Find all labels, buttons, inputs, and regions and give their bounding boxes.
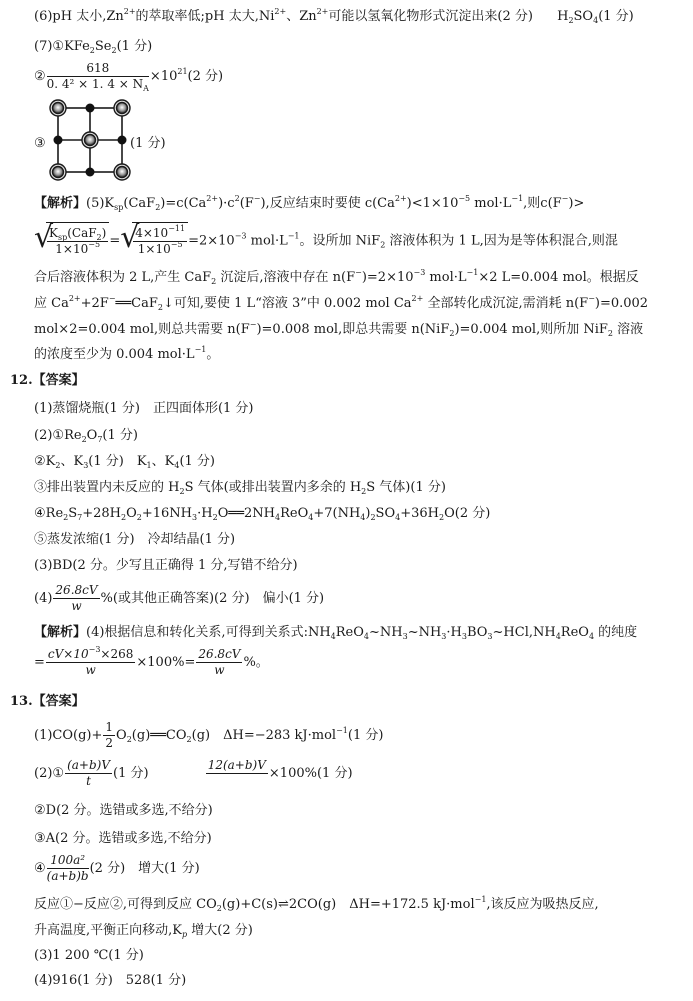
sup: 2+ — [69, 294, 81, 303]
answer-7-3-label: ③ — [34, 136, 46, 152]
sup: −1 — [467, 268, 479, 277]
text: +36H — [400, 506, 439, 521]
q12-answer-2-4-equation: ④Re2S7+28H2O2+16NH3·H2O══2NH4ReO4+7(NH4)… — [34, 506, 490, 522]
sqrt-1: √Ksp(CaF2)1×10−5 — [34, 222, 109, 260]
text: (1 分) — [348, 728, 384, 743]
sub: sp — [114, 203, 123, 212]
text: ×268 — [100, 647, 133, 661]
text: ②K — [34, 454, 55, 469]
sup: −1 — [511, 194, 523, 203]
text: ·H — [197, 506, 212, 521]
q12-answer-2-5: ⑤蒸发浓缩(1 分) 冷却结晶(1 分) — [34, 532, 235, 548]
sup: − — [355, 268, 362, 277]
sup: 2+ — [274, 7, 286, 16]
sup: −3 — [89, 645, 101, 654]
analysis-5-line-2: √Ksp(CaF2)1×10−5=√4×10−111×10−5=2×10−3 m… — [34, 222, 618, 260]
q13-answer-2-4: ④100a²(a+b)b(2 分) 增大(1 分) — [34, 852, 200, 886]
text: (6)pH 太小,Zn — [34, 9, 124, 24]
circle-number: ③ — [34, 136, 46, 151]
sup: −1 — [288, 232, 300, 241]
text: (1 分) — [113, 766, 149, 781]
text: (CaF — [123, 196, 155, 211]
fraction: 12 — [103, 720, 115, 751]
text: 全部转化成沉淀,需消耗 n(F — [423, 296, 588, 311]
text: )=0.004 mol,则所加 NiF — [454, 322, 607, 337]
text: H — [557, 9, 568, 24]
text: mol·L — [247, 234, 288, 249]
text: 的浓度至少为 0.004 mol·L — [34, 347, 195, 362]
answer-7-3-score: (1 分) — [130, 136, 166, 152]
text: ×2 L=0.004 mol。根据反 — [478, 270, 638, 285]
text: ReO — [336, 625, 364, 640]
text: 沉淀后,溶液中存在 n(F — [216, 270, 355, 285]
numerator: (a+b)V — [65, 758, 112, 774]
fraction: 6180. 4² × 1. 4 × NA — [47, 61, 149, 92]
text: (g) ΔH=−283 kJ·mol — [192, 728, 336, 743]
text: ×10 — [150, 69, 177, 84]
text: ,则c(F — [523, 196, 562, 211]
q12-answer-2-1: (2)①Re2O7(1 分) — [34, 428, 138, 444]
q13-answer-2-1: (2)①(a+b)Vt(1 分) 12(a+b)V ×100%(1 分) — [34, 757, 353, 791]
text: (1 分) K — [88, 454, 146, 469]
text: +16NH — [142, 506, 192, 521]
text: ·H — [446, 625, 461, 640]
answer-6: (6)pH 太小,Zn2+的萃取率低;pH 太大,Ni2+、Zn2+可能以氢氧化… — [34, 9, 634, 25]
text: )=0.002 — [595, 296, 648, 311]
analysis-label: 【解析】 — [34, 196, 86, 211]
analysis-5-line-4: 应 Ca2++2F−══CaF2↓可知,要使 1 L“溶液 3”中 0.002 … — [34, 296, 648, 312]
question-13-header: 13.【答案】 — [10, 694, 85, 710]
text: 溶液 — [613, 322, 643, 337]
sup: 21 — [177, 67, 187, 76]
sup: 2+ — [412, 294, 424, 303]
text: 反应①−反应②,可得到反应 CO — [34, 897, 217, 912]
sup: 2+ — [395, 194, 407, 203]
text: (1 分) — [179, 454, 215, 469]
q12-answer-1: (1)蒸馏烧瓶(1 分) 正四面体形(1 分) — [34, 401, 254, 417]
text: (F — [240, 196, 254, 211]
text: ~NH — [408, 625, 442, 640]
question-12-header: 12.【答案】 — [10, 373, 85, 389]
text: =2×10 — [188, 234, 235, 249]
text: O — [126, 506, 137, 521]
text: %。 — [243, 655, 268, 670]
text: ④ — [34, 861, 46, 876]
numerator: 1 — [103, 720, 115, 736]
text: (4)根据信息和转化关系,可得到关系式:NH — [86, 625, 331, 640]
fraction: 26.8cVw — [53, 583, 99, 614]
numerator: 12(a+b)V — [206, 758, 268, 774]
q12-answer-2-2: ②K2、K3(1 分) K1、K4(1 分) — [34, 454, 215, 470]
text: ReO — [561, 625, 589, 640]
denominator: 1×10−5 — [133, 242, 187, 257]
circle-number: ② — [34, 69, 46, 84]
sup: 2+ — [124, 7, 136, 16]
text: ~NH — [369, 625, 403, 640]
sup: − — [588, 294, 595, 303]
text: S 气体(或排出装置内多余的 H — [185, 480, 362, 495]
denominator: w — [53, 599, 99, 614]
text: (1 分) — [102, 428, 138, 443]
text: (1 分) — [598, 9, 634, 24]
q12-answer-4: (4)26.8cVw%(或其他正确答案)(2 分) 偏小(1 分) — [34, 582, 324, 616]
q13-answer-1: (1)CO(g)+12O2(g)══CO2(g) ΔH=−283 kJ·mol−… — [34, 719, 383, 753]
text: 升高温度,平衡正向移动,K — [34, 923, 182, 938]
text: (2 分) — [188, 69, 224, 84]
text: 。设所加 NiF — [300, 234, 381, 249]
numerator: cV×10−3×268 — [46, 647, 135, 663]
denominator: (a+b)b — [47, 869, 89, 884]
analysis-5-line-5: mol×2=0.004 mol,则总共需要 n(F−)=0.008 mol,即总… — [34, 322, 643, 338]
text: +7(NH — [313, 506, 360, 521]
text: %(或其他正确答案)(2 分) 偏小(1 分) — [101, 591, 325, 606]
numerator: 618 — [47, 61, 149, 77]
fraction: Ksp(CaF2)1×10−5 — [47, 226, 108, 257]
sup: −5 — [458, 194, 470, 203]
q12-answer-2-3: ③排出装置内未反应的 H2S 气体(或排出装置内多余的 H2S 气体)(1 分) — [34, 480, 446, 496]
text: 的纯度 — [594, 625, 637, 640]
text: ×100%= — [136, 655, 195, 670]
analysis-5-line-3: 合后溶液体积为 2 L,产生 CaF2 沉淀后,溶液中存在 n(F−)=2×10… — [34, 270, 639, 286]
q13-reasoning-line-2: 升高温度,平衡正向移动,Kp 增大(2 分) — [34, 923, 253, 939]
text: 可能以氢氧化物形式沉淀出来(2 分) — [328, 9, 533, 24]
text: ③排出装置内未反应的 H — [34, 480, 179, 495]
sqrt-2: √4×10−111×10−5 — [120, 222, 188, 260]
q13-answer-4: (4)916(1 分) 528(1 分) — [34, 973, 186, 989]
text: 0. 4² × 1. 4 × N — [47, 77, 143, 91]
text: = — [34, 655, 45, 670]
text: (1 分) — [130, 136, 166, 151]
text: 、K — [152, 454, 175, 469]
text: ══CaF — [116, 296, 158, 311]
text: O(2 分) — [444, 506, 490, 521]
q12-analysis-line-1: 【解析】(4)根据信息和转化关系,可得到关系式:NH4ReO4~NH3~NH3·… — [34, 625, 637, 641]
sup: −5 — [88, 240, 100, 249]
text: 。 — [206, 347, 219, 362]
text: 合后溶液体积为 2 L,产生 CaF — [34, 270, 211, 285]
text: )=c(Ca — [160, 196, 206, 211]
fraction: 100a²(a+b)b — [47, 853, 89, 884]
text: mol·L — [425, 270, 466, 285]
q13-answer-2-2: ②D(2 分。选错或多选,不给分) — [34, 803, 213, 819]
text: (CaF — [67, 226, 96, 240]
text: ReO — [280, 506, 308, 521]
text: (g)+C(s)⇌2CO(g) ΔH=+172.5 kJ·mol — [222, 897, 475, 912]
sup: −1 — [195, 345, 207, 354]
text: (2)① — [34, 766, 64, 781]
text: ×100%(1 分) — [269, 766, 353, 781]
text: )<1×10 — [407, 196, 459, 211]
fraction: 12(a+b)V — [206, 758, 268, 789]
q13-answer-2-1b: 12(a+b)V ×100%(1 分) — [205, 766, 353, 781]
text: 应 Ca — [34, 296, 69, 311]
sup: 2+ — [317, 7, 329, 16]
text: +28H — [82, 506, 121, 521]
denominator: 2 — [103, 736, 115, 751]
text: (2 分) 增大(1 分) — [90, 861, 200, 876]
sub: A — [143, 84, 149, 93]
text: )=2×10 — [362, 270, 414, 285]
text: 增大(2 分) — [187, 923, 253, 938]
radical-icon: √ — [34, 220, 53, 256]
text: )·c — [218, 196, 235, 211]
text: S 气体)(1 分) — [366, 480, 446, 495]
numerator: 26.8cV — [196, 647, 242, 663]
text: 1×10 — [55, 242, 88, 256]
text: SO — [574, 9, 594, 24]
sup: −11 — [168, 224, 185, 233]
fraction: (a+b)Vt — [65, 758, 112, 789]
sqrt-body: 4×10−111×10−5 — [132, 222, 188, 260]
denominator: 1×10−5 — [47, 242, 108, 257]
text: )> — [568, 196, 584, 211]
text: (5)K — [86, 196, 114, 211]
text: ④Re — [34, 506, 63, 521]
text: 溶液体积为 1 L,因为是等体积混合,则混 — [385, 234, 618, 249]
analysis-label: 【解析】 — [34, 625, 86, 640]
text: +2F — [81, 296, 109, 311]
numerator: 26.8cV — [53, 583, 99, 599]
text: (1)CO(g)+ — [34, 728, 102, 743]
text: O══2NH — [218, 506, 275, 521]
q13-reasoning-line-1: 反应①−反应②,可得到反应 CO2(g)+C(s)⇌2CO(g) ΔH=+172… — [34, 897, 599, 913]
sup: −1 — [475, 895, 487, 904]
text: mol·L — [470, 196, 511, 211]
radical-icon: √ — [120, 220, 139, 256]
fraction: 26.8cVw — [196, 647, 242, 678]
text: (4) — [34, 591, 52, 606]
text: (2)①Re — [34, 428, 82, 443]
text: 1×10 — [138, 242, 171, 256]
answer-7-2: ②6180. 4² × 1. 4 × NA×1021(2 分) — [34, 60, 223, 94]
fraction: 4×10−111×10−5 — [133, 226, 187, 257]
q13-answer-2-3: ③A(2 分。选错或多选,不给分) — [34, 831, 212, 847]
denominator: 0. 4² × 1. 4 × NA — [47, 77, 149, 92]
text: SO — [376, 506, 396, 521]
text: 、K — [60, 454, 83, 469]
sup: −1 — [336, 726, 348, 735]
q12-answer-3: (3)BD(2 分。少写且正确得 1 分,写错不给分) — [34, 558, 298, 574]
q12-analysis-line-2: =cV×10−3×268w×100%=26.8cVw%。 — [34, 646, 269, 680]
denominator: t — [65, 774, 112, 789]
sup: −3 — [235, 232, 247, 241]
q13-answer-3: (3)1 200 ℃(1 分) — [34, 948, 144, 964]
text: 、Zn — [286, 9, 316, 24]
text: ,该反应为吸热反应, — [486, 897, 598, 912]
text: O — [87, 428, 98, 443]
text: 的萃取率低;pH 太大,Ni — [136, 9, 275, 24]
text: (g)══CO — [132, 728, 187, 743]
text: 4×10 — [135, 226, 168, 240]
sup: −5 — [171, 240, 183, 249]
sup: − — [109, 294, 116, 303]
sqrt-body: Ksp(CaF2)1×10−5 — [46, 222, 109, 260]
fraction: cV×10−3×268w — [46, 647, 135, 678]
acid-answer: H2SO4(1 分) — [557, 9, 634, 24]
text: cV×10 — [48, 647, 89, 661]
numerator: 100a² — [47, 853, 89, 869]
sup: 2+ — [206, 194, 218, 203]
text: ↓可知,要使 1 L“溶液 3”中 0.002 mol Ca — [163, 296, 412, 311]
denominator: w — [46, 663, 135, 678]
crystal-lattice-icon — [48, 98, 138, 188]
text: S — [68, 506, 77, 521]
sup: −3 — [414, 268, 426, 277]
sub: sp — [58, 233, 67, 242]
text: (7)①KFe — [34, 39, 90, 54]
denominator: w — [196, 663, 242, 678]
analysis-5-line-1: 【解析】(5)Ksp(CaF2)=c(Ca2+)·c2(F−),反应结束时要使 … — [34, 196, 584, 212]
denominator — [206, 774, 268, 789]
crystal-structure-diagram — [48, 98, 138, 188]
text: ),反应结束时要使 c(Ca — [260, 196, 394, 211]
text: ~HCl,NH — [493, 625, 556, 640]
answer-7-1: (7)①KFe2Se2(1 分) — [34, 39, 152, 55]
text: Se — [95, 39, 112, 54]
text: mol×2=0.004 mol,则总共需要 n(F — [34, 322, 250, 337]
text: )=0.008 mol,即总共需要 n(NiF — [256, 322, 449, 337]
text: ) — [102, 226, 107, 240]
text: O — [116, 728, 127, 743]
text: (1 分) — [117, 39, 153, 54]
analysis-5-line-6: 的浓度至少为 0.004 mol·L−1。 — [34, 347, 219, 363]
text: BO — [467, 625, 487, 640]
